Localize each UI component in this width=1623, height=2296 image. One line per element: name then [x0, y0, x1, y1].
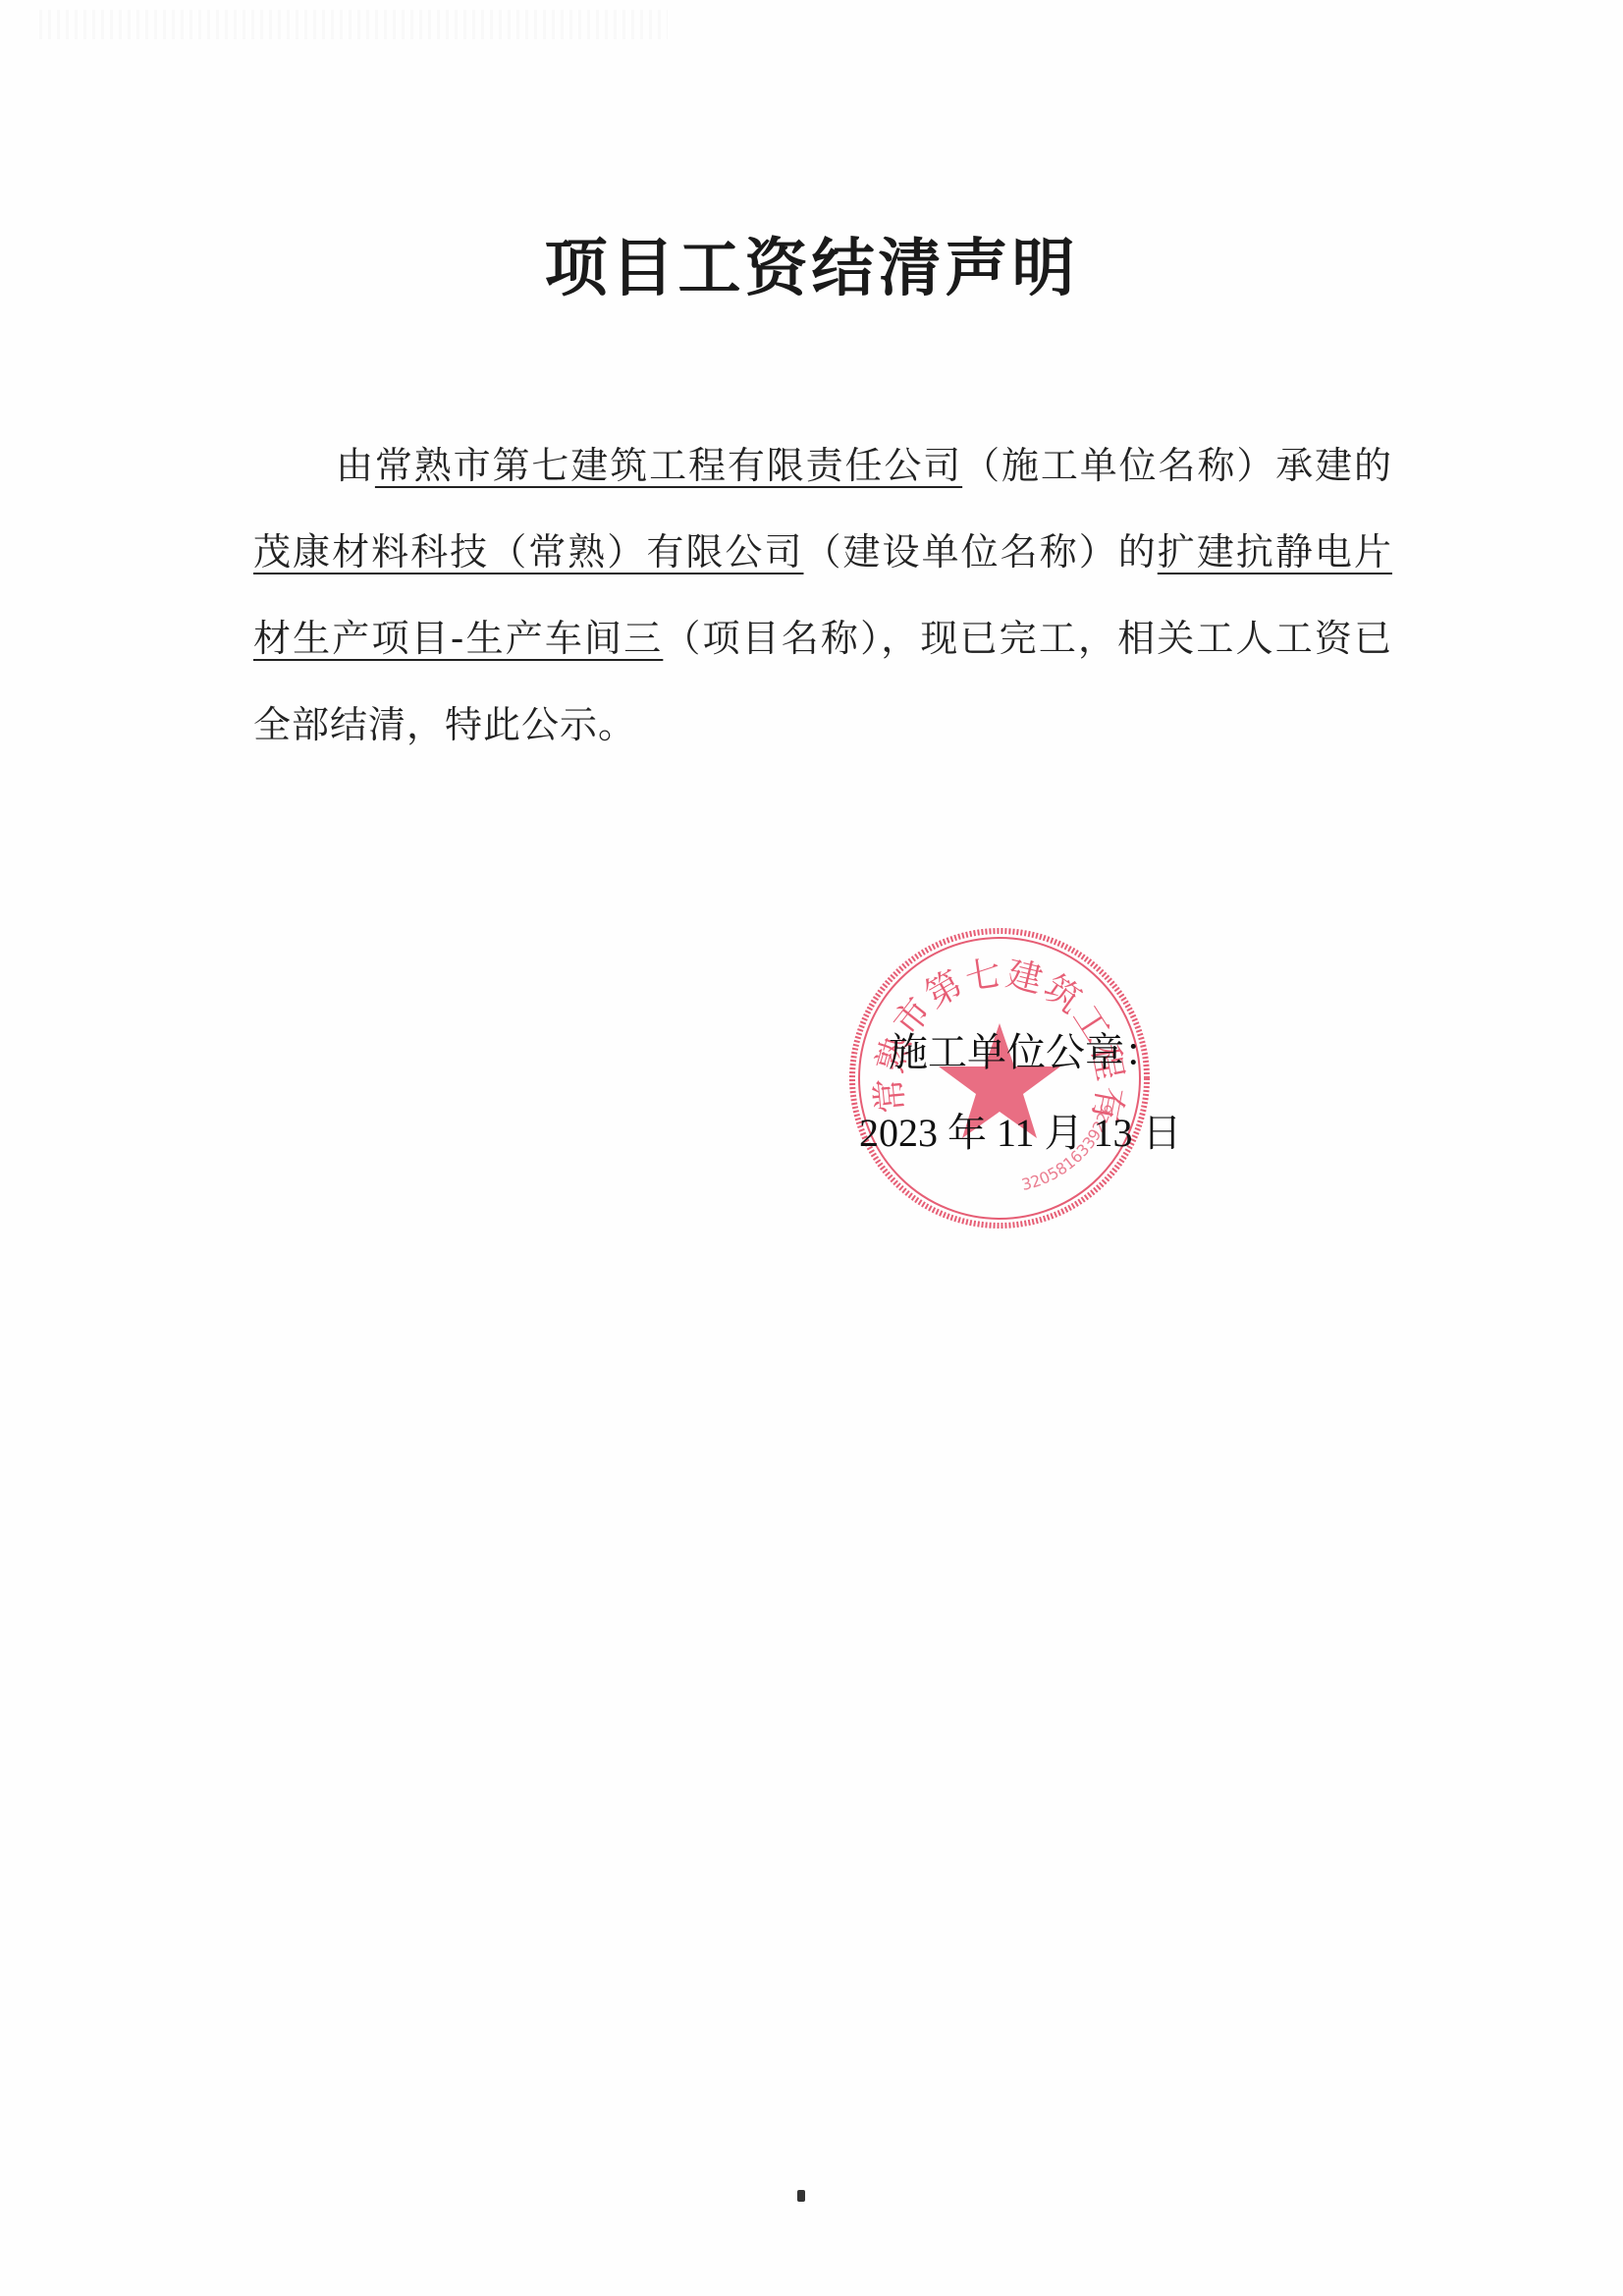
- company-seal: 常熟市第七建筑工程有限责任公司 3205816339226: [846, 925, 1153, 1231]
- signature-date: 2023 年 11 月 13 日: [859, 1102, 1182, 1158]
- document-page: 项目工资结清声明 由常熟市第七建筑工程有限责任公司（施工单位名称）承建的茂康材料…: [0, 0, 1623, 2296]
- client-company-label: （建设单位名称）的: [803, 530, 1157, 574]
- scan-speck: [797, 2190, 805, 2202]
- statement-paragraph: 由常熟市第七建筑工程有限责任公司（施工单位名称）承建的茂康材料科技（常熟）有限公…: [253, 422, 1392, 768]
- intro-text: 由: [336, 444, 375, 487]
- seal-label: 施工单位公章：: [889, 1021, 1163, 1077]
- page-title: 项目工资结清声明: [0, 218, 1623, 308]
- scan-artifact: [39, 10, 668, 39]
- construction-company-label: （施工单位名称）承建的: [962, 444, 1392, 487]
- construction-company-field: 常熟市第七建筑工程有限责任公司: [375, 444, 962, 487]
- client-company-field: 茂康材料科技（常熟）有限公司: [253, 530, 803, 574]
